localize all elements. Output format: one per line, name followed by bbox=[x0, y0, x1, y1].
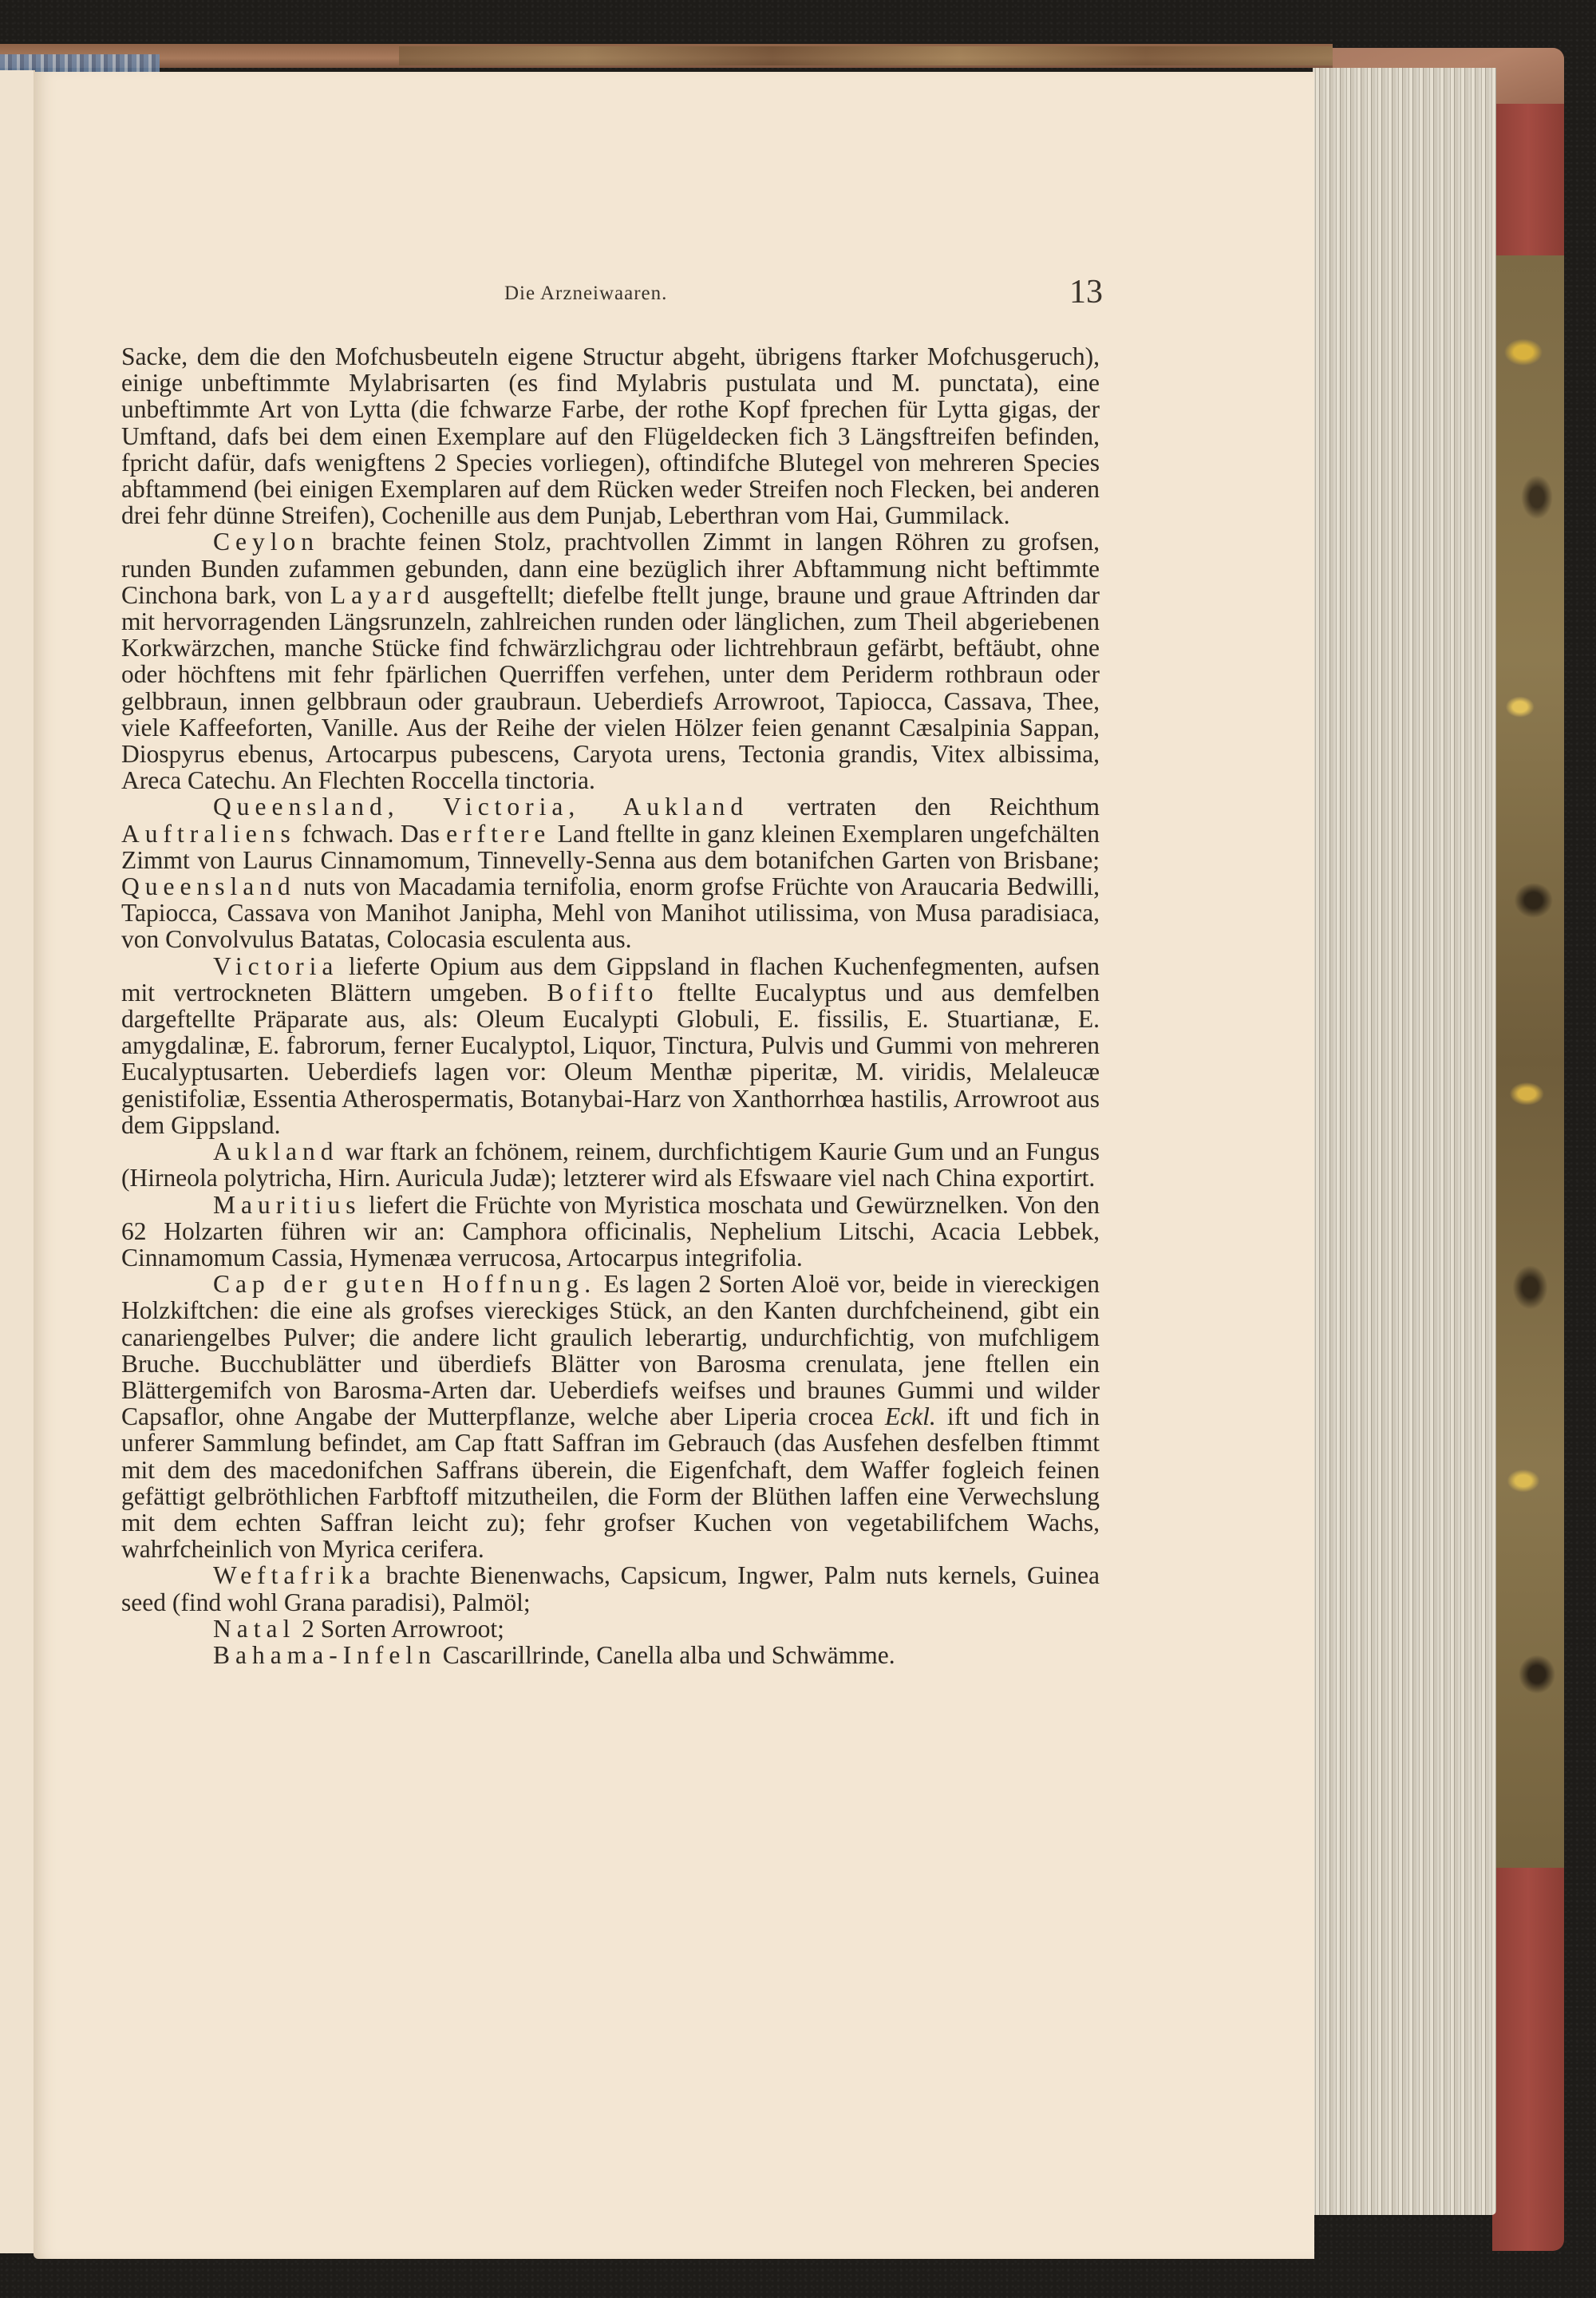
paragraph: Ceylon brachte feinen Stolz, prachtvolle… bbox=[121, 528, 1100, 793]
paragraph: Weftafrika brachte Bienenwachs, Capsicum… bbox=[121, 1562, 1100, 1615]
paragraph: Victoria lieferte Opium aus dem Gippslan… bbox=[121, 953, 1100, 1138]
spaced-heading-term: Bahama-Infeln bbox=[213, 1641, 437, 1669]
running-head: Die Arzneiwaaren. 13 bbox=[488, 278, 1103, 310]
italic-term: Eckl. bbox=[885, 1402, 936, 1430]
marbled-cover-strip bbox=[399, 46, 1333, 65]
spaced-heading-term: Layard bbox=[330, 581, 435, 609]
paragraph: Mauritius liefert die Früchte von Myrist… bbox=[121, 1192, 1100, 1272]
spaced-heading-term: Natal bbox=[213, 1615, 295, 1643]
facing-page-edge bbox=[0, 70, 35, 2253]
text-run: vertraten den Reichthum bbox=[749, 793, 1100, 821]
spaced-heading-term: erftere bbox=[446, 820, 551, 848]
spaced-heading-term: Queensland, Victoria, Aukland bbox=[213, 793, 749, 821]
binding-cloth bbox=[0, 54, 160, 72]
page-number: 13 bbox=[1069, 273, 1103, 311]
text-run: 2 Sorten Arrowroot; bbox=[295, 1615, 504, 1643]
text-run: Sacke, dem die den Mofchusbeuteln eigene… bbox=[121, 342, 1100, 529]
spaced-heading-term: Mauritius bbox=[213, 1191, 361, 1219]
running-head-title: Die Arzneiwaaren. bbox=[504, 283, 667, 305]
text-run: ausgeftellt; diefelbe ftellt junge, brau… bbox=[121, 581, 1100, 794]
spaced-heading-term: Queensland bbox=[121, 872, 296, 900]
spaced-heading-term: Ceylon bbox=[213, 528, 319, 556]
spaced-heading-term: Auftraliens bbox=[121, 820, 296, 848]
paragraph: Queensland, Victoria, Aukland vertraten … bbox=[121, 793, 1100, 952]
spaced-heading-term: Bofifto bbox=[547, 979, 658, 1007]
spaced-heading-term: Aukland bbox=[213, 1137, 338, 1165]
spaced-heading-term: Weftafrika bbox=[213, 1561, 376, 1589]
spaced-heading-term: Cap der guten Hoffnung. bbox=[213, 1270, 596, 1298]
paragraph: Aukland war ftark an fchönem, reinem, du… bbox=[121, 1138, 1100, 1191]
body-text: Sacke, dem die den Mofchusbeuteln eigene… bbox=[121, 343, 1100, 1668]
text-run: Cascarillrinde, Canella alba und Schwämm… bbox=[437, 1641, 895, 1669]
paragraph: Bahama-Infeln Cascarillrinde, Canella al… bbox=[121, 1642, 1100, 1668]
page-block-edges bbox=[1313, 68, 1496, 2215]
paragraph: Natal 2 Sorten Arrowroot; bbox=[121, 1616, 1100, 1642]
marbled-cover-board bbox=[1496, 255, 1564, 1868]
spaced-heading-term: Victoria bbox=[213, 952, 338, 980]
text-run: fchwach. Das bbox=[296, 820, 446, 848]
paragraph: Cap der guten Hoffnung. Es lagen 2 Sorte… bbox=[121, 1271, 1100, 1562]
paragraph: Sacke, dem die den Mofchusbeuteln eigene… bbox=[121, 343, 1100, 528]
